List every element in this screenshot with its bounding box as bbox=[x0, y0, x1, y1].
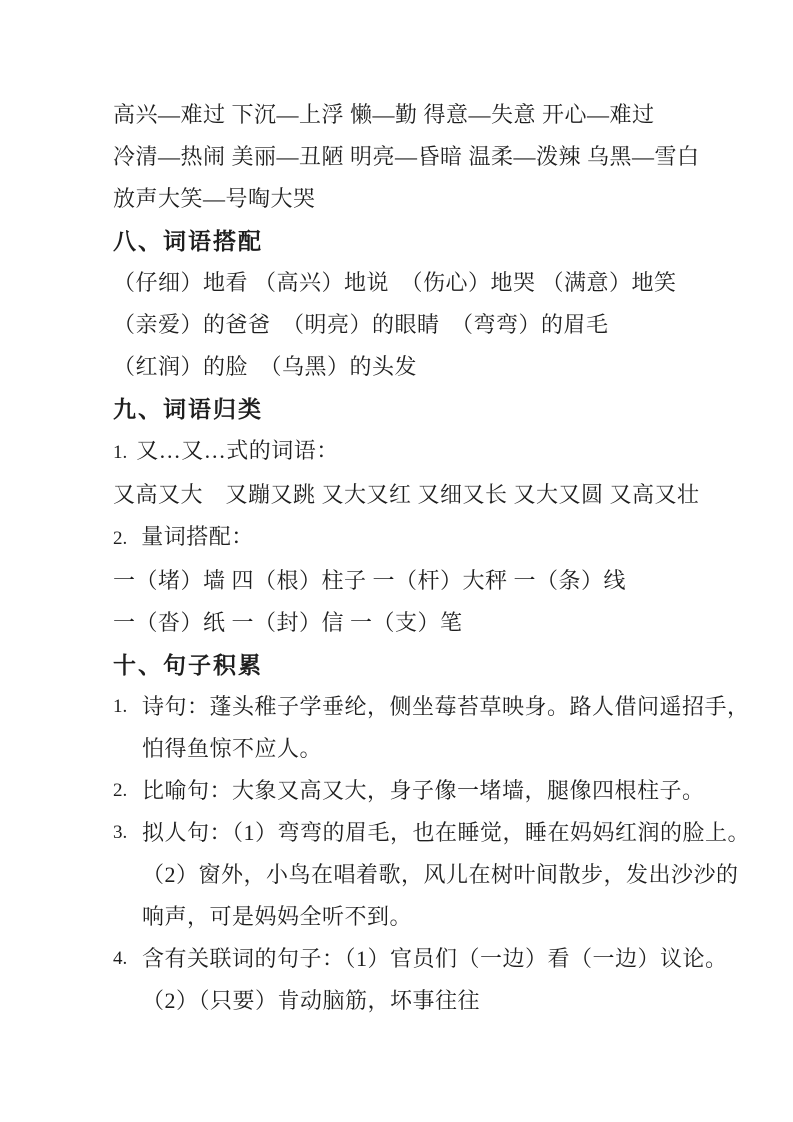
sentence-item-1: 1. 诗句：蓬头稚子学垂纶，侧坐莓苔草映身。路人借问遥招手， 怕得鱼惊不应人。 bbox=[113, 686, 773, 770]
sentence-item-4-line-2: （2）（只要）肯动脑筋，坏事往往 bbox=[142, 980, 773, 1022]
section-sentence-accumulation: 十、句子积累 1. 诗句：蓬头稚子学垂纶，侧坐莓苔草映身。路人借问遥招手， 怕得… bbox=[113, 644, 773, 1022]
list-number: 2. bbox=[113, 528, 127, 549]
document-page: 高兴—难过 下沉—上浮 懒—勤 得意—失意 开心—难过 冷清—热闹 美丽—丑陋 … bbox=[0, 0, 793, 1122]
antonym-pairs-line-2: 冷清—热闹 美丽—丑陋 明亮—昏暗 温柔—泼辣 乌黑—雪白 bbox=[113, 136, 773, 178]
word-collocation-line-3: （红润）的脸 （乌黑）的头发 bbox=[113, 346, 773, 388]
document-content: 高兴—难过 下沉—上浮 懒—勤 得意—失意 开心—难过 冷清—热闹 美丽—丑陋 … bbox=[113, 94, 773, 1022]
sentence-item-1-line-1: 诗句：蓬头稚子学垂纶，侧坐莓苔草映身。路人借问遥招手， bbox=[142, 686, 773, 728]
sentence-item-3: 3. 拟人句：（1）弯弯的眉毛，也在睡觉，睡在妈妈红润的脸上。 （2）窗外，小鸟… bbox=[113, 812, 773, 938]
sentence-item-3-line-1: 拟人句：（1）弯弯的眉毛，也在睡觉，睡在妈妈红润的脸上。 bbox=[142, 812, 773, 854]
list-number: 4. bbox=[113, 938, 127, 980]
word-classification-item-1-title: 1.又…又…式的词语： bbox=[113, 430, 773, 474]
list-number: 2. bbox=[113, 770, 127, 812]
sentence-item-2-line-1: 比喻句：大象又高又大，身子像一堵墙，腿像四根柱子。 bbox=[142, 770, 773, 812]
section-word-collocation: 八、词语搭配 （仔细）地看 （高兴）地说 （伤心）地哭 （满意）地笑 （亲爱）的… bbox=[113, 220, 773, 388]
list-number: 1. bbox=[113, 442, 127, 463]
word-collocation-line-1: （仔细）地看 （高兴）地说 （伤心）地哭 （满意）地笑 bbox=[113, 262, 773, 304]
sentence-item-1-line-2: 怕得鱼惊不应人。 bbox=[142, 728, 773, 770]
word-collocation-heading: 八、词语搭配 bbox=[113, 220, 773, 262]
measure-words-line-1: 一（堵）墙 四（根）柱子 一（杆）大秤 一（条）线 bbox=[113, 560, 773, 602]
antonym-pairs-line-3: 放声大笑—号啕大哭 bbox=[113, 178, 773, 220]
list-number: 1. bbox=[113, 686, 127, 728]
word-classification-item-2-title: 2.量词搭配： bbox=[113, 516, 773, 560]
sentence-item-4: 4. 含有关联词的句子：（1）官员们（一边）看（一边）议论。 （2）（只要）肯动… bbox=[113, 938, 773, 1022]
sentence-item-3-line-2: （2）窗外，小鸟在唱着歌，风儿在树叶间散步，发出沙沙的 bbox=[142, 854, 773, 896]
sentence-item-2: 2. 比喻句：大象又高又大，身子像一堵墙，腿像四根柱子。 bbox=[113, 770, 773, 812]
sentence-item-3-line-3: 响声，可是妈妈全听不到。 bbox=[142, 896, 773, 938]
word-classification-heading: 九、词语归类 bbox=[113, 388, 773, 430]
antonym-pairs-line-1: 高兴—难过 下沉—上浮 懒—勤 得意—失意 开心—难过 bbox=[113, 94, 773, 136]
measure-words-line-2: 一（沓）纸 一（封）信 一（支）笔 bbox=[113, 602, 773, 644]
sentence-accumulation-heading: 十、句子积累 bbox=[113, 644, 773, 686]
item-1-title-text: 又…又…式的词语： bbox=[136, 438, 339, 463]
section-antonym-pairs: 高兴—难过 下沉—上浮 懒—勤 得意—失意 开心—难过 冷清—热闹 美丽—丑陋 … bbox=[113, 94, 773, 220]
word-collocation-line-2: （亲爱）的爸爸 （明亮）的眼睛 （弯弯）的眉毛 bbox=[113, 304, 773, 346]
section-word-classification: 九、词语归类 1.又…又…式的词语： 又高又大 又蹦又跳 又大又红 又细又长 又… bbox=[113, 388, 773, 644]
word-classification-item-1-words: 又高又大 又蹦又跳 又大又红 又细又长 又大又圆 又高又壮 bbox=[113, 474, 773, 516]
list-number: 3. bbox=[113, 812, 127, 854]
sentence-item-4-line-1: 含有关联词的句子：（1）官员们（一边）看（一边）议论。 bbox=[142, 938, 773, 980]
item-2-title-text: 量词搭配： bbox=[141, 524, 254, 549]
